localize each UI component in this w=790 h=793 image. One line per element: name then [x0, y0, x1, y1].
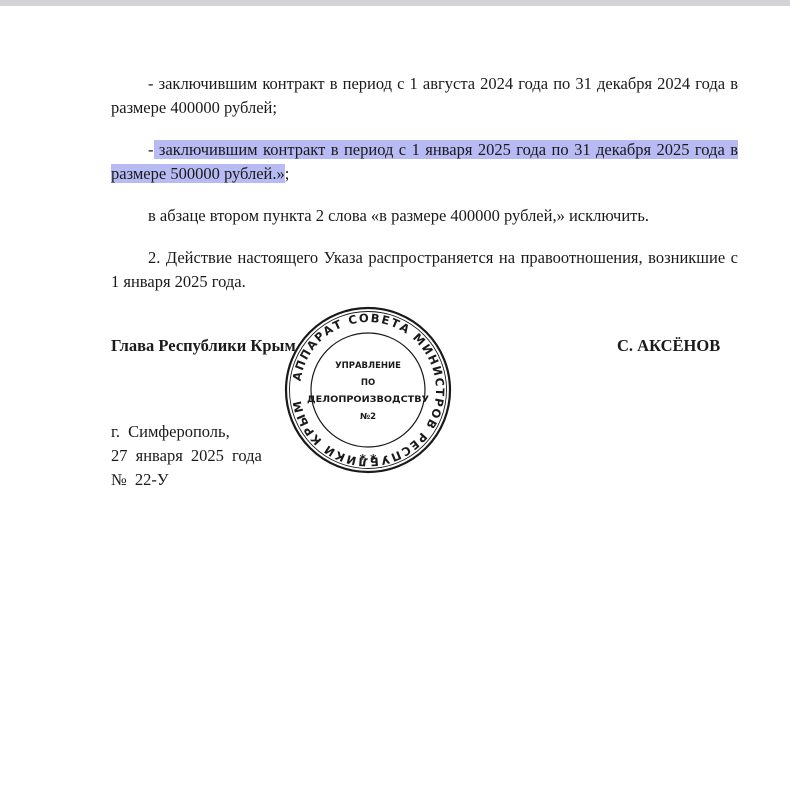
stamp-bottom-marks: * * [360, 452, 377, 466]
paragraph-contract-2025[interactable]: - заключившим контракт в период с 1 янва… [111, 138, 738, 186]
place-date-block: г. Симферополь, 27 января 2025 года № 22… [111, 420, 262, 492]
stamp-inner-line-2: ПО [361, 378, 375, 388]
stamp-outer-text: АППАРАТ СОВЕТА МИНИСТРОВ РЕСПУБЛИКИ КРЫМ [290, 311, 448, 469]
paragraph-tail: ; [285, 164, 290, 183]
stamp-inner-line-1: УПРАВЛЕНИЕ [335, 361, 401, 371]
stamp-inner-line-4: №2 [360, 412, 376, 422]
svg-text:АППАРАТ СОВЕТА МИНИСТРОВ РЕСПУ: АППАРАТ СОВЕТА МИНИСТРОВ РЕСПУБЛИКИ КРЫМ [290, 311, 448, 469]
city: г. Симферополь, [111, 420, 262, 444]
signatory-name: С. АКСЁНОВ [617, 334, 720, 358]
document-page: - заключившим контракт в период с 1 авгу… [0, 6, 790, 793]
paragraph-contract-2024: - заключившим контракт в период с 1 авгу… [111, 72, 738, 120]
decree-number: № 22-У [111, 468, 262, 492]
selected-text[interactable]: заключившим контракт в период с 1 января… [111, 140, 738, 183]
paragraph-exclude-words: в абзаце втором пункта 2 слова «в размер… [111, 204, 738, 228]
stamp-inner-line-3: ДЕЛОПРОИЗВОДСТВУ [307, 395, 429, 405]
decree-date: 27 января 2025 года [111, 444, 262, 468]
paragraph-effective-date: 2. Действие настоящего Указа распростран… [111, 246, 738, 294]
paragraph-dash: - [148, 140, 154, 159]
signatory-position: Глава Республики Крым [111, 334, 296, 358]
official-stamp-icon: АППАРАТ СОВЕТА МИНИСТРОВ РЕСПУБЛИКИ КРЫМ… [283, 305, 453, 475]
